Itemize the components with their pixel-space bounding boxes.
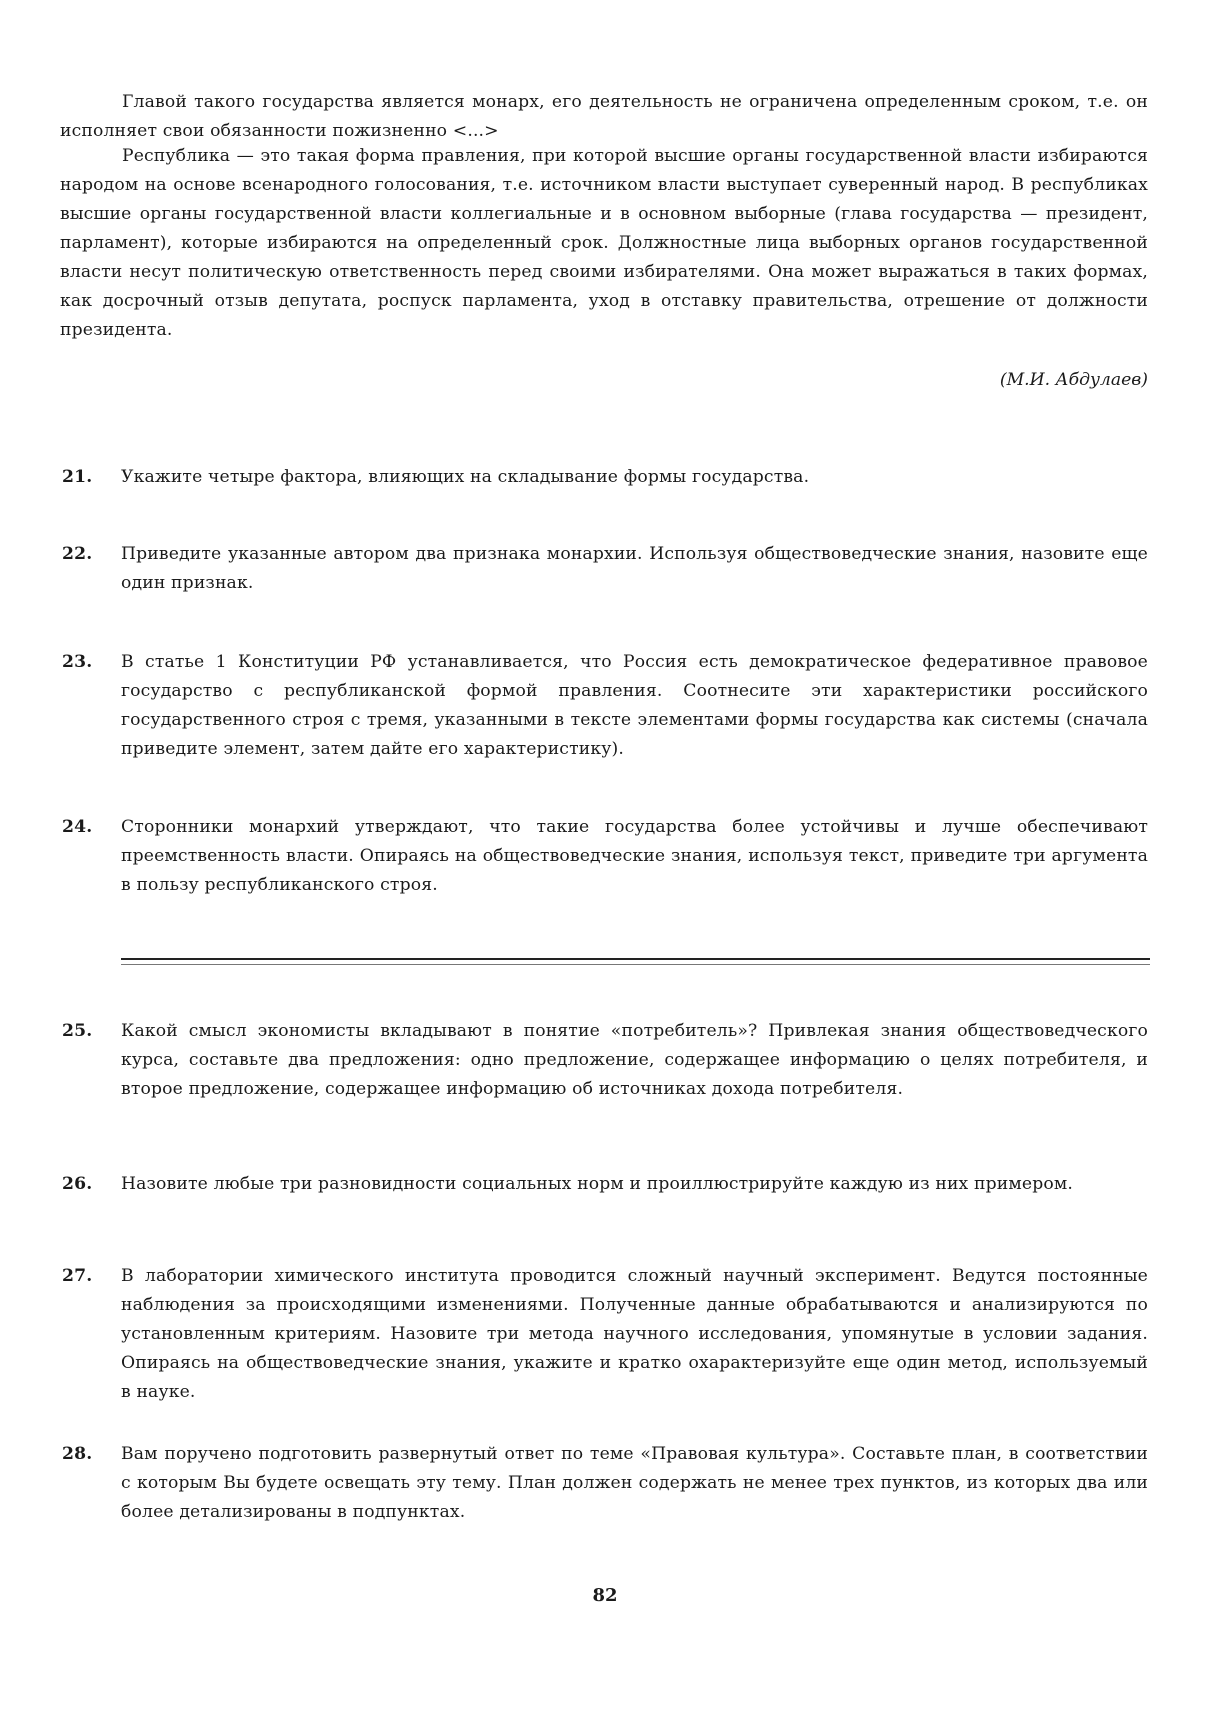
page-number: 82 <box>0 1585 1210 1606</box>
question-text: Назовите любые три разновидности социаль… <box>121 1170 1148 1199</box>
question-21: 21. Укажите четыре фактора, влияющих на … <box>62 463 1148 492</box>
question-text: В лаборатории химического института пров… <box>121 1262 1148 1407</box>
question-text: Приведите указанные автором два признака… <box>121 540 1148 598</box>
question-25: 25. Какой смысл экономисты вкладывают в … <box>62 1017 1148 1104</box>
question-number: 23. <box>62 648 121 764</box>
question-text: Какой смысл экономисты вкладывают в поня… <box>121 1017 1148 1104</box>
question-26: 26. Назовите любые три разновидности соц… <box>62 1170 1148 1199</box>
source-paragraph-republic: Республика — это такая форма правления, … <box>60 142 1148 345</box>
question-24: 24. Сторонники монархий утверждают, что … <box>62 813 1148 900</box>
question-number: 28. <box>62 1440 121 1527</box>
section-divider <box>121 958 1150 965</box>
question-number: 26. <box>62 1170 121 1199</box>
question-23: 23. В статье 1 Конституции РФ устанавлив… <box>62 648 1148 764</box>
question-number: 25. <box>62 1017 121 1104</box>
question-text: Сторонники монархий утверждают, что таки… <box>121 813 1148 900</box>
question-number: 24. <box>62 813 121 900</box>
question-number: 21. <box>62 463 121 492</box>
document-page: Главой такого государства является монар… <box>0 0 1210 1712</box>
question-22: 22. Приведите указанные автором два приз… <box>62 540 1148 598</box>
question-28: 28. Вам поручено подготовить развернутый… <box>62 1440 1148 1527</box>
question-text: Укажите четыре фактора, влияющих на скла… <box>121 463 1148 492</box>
question-number: 22. <box>62 540 121 598</box>
question-27: 27. В лаборатории химического института … <box>62 1262 1148 1407</box>
source-paragraph-monarchy: Главой такого государства является монар… <box>60 88 1148 146</box>
question-number: 27. <box>62 1262 121 1407</box>
question-text: Вам поручено подготовить развернутый отв… <box>121 1440 1148 1527</box>
source-attribution: (М.И. Абдулаев) <box>1000 370 1148 390</box>
question-text: В статье 1 Конституции РФ устанавливаетс… <box>121 648 1148 764</box>
